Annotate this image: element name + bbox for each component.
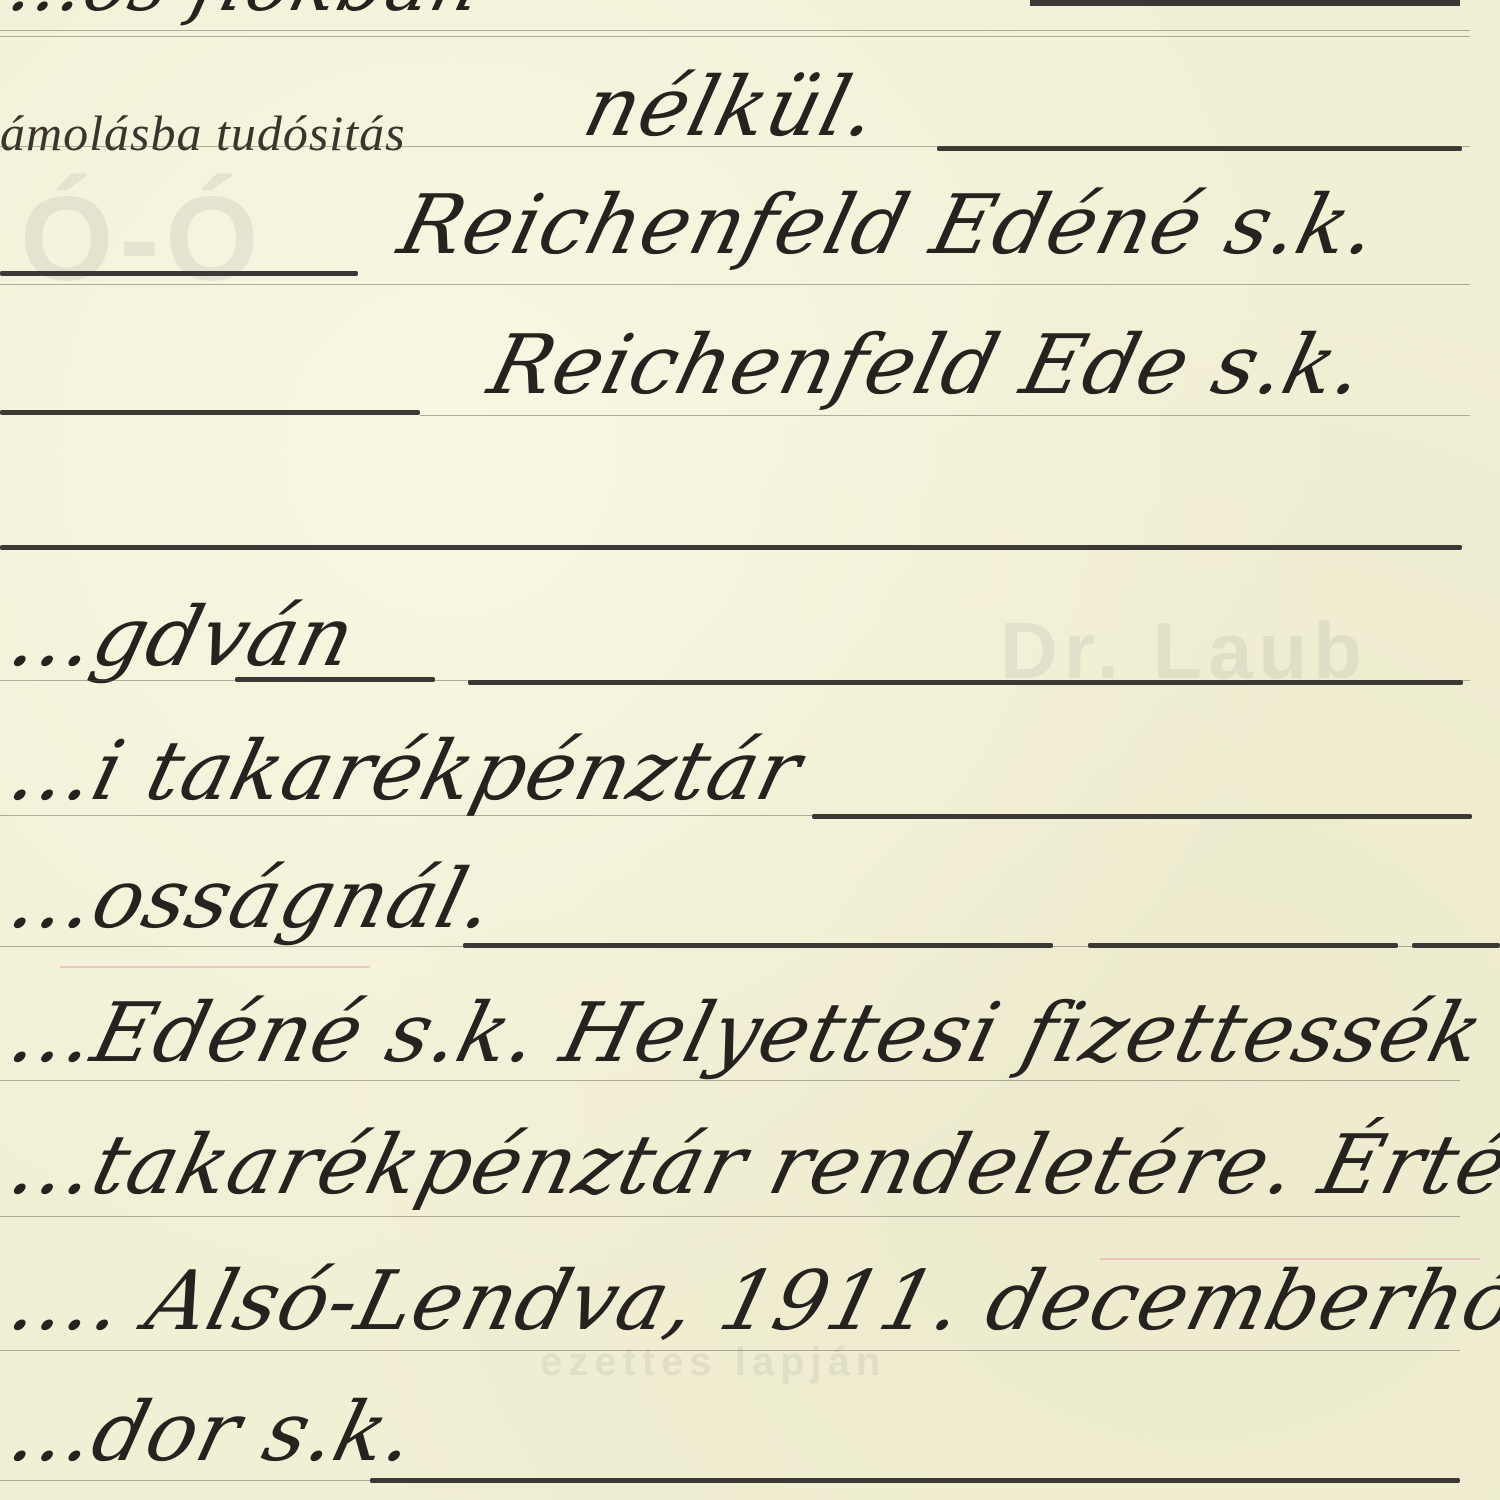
fill-line — [812, 814, 1472, 819]
fill-line — [0, 545, 1462, 550]
ruled-line — [0, 1216, 1460, 1217]
handwritten-line-2: Reichenfeld Edéné s.k. — [390, 178, 1388, 273]
handwritten-line-4: …gdván — [0, 590, 365, 685]
fill-line — [463, 943, 1053, 948]
handwritten-line-9: …. Alsó-Lendva, 1911. decemberhó — [0, 1254, 1500, 1349]
fill-line — [370, 1478, 1460, 1483]
fill-line — [235, 677, 435, 682]
red-guide-line — [60, 966, 370, 968]
handwritten-line-1: nélkül. — [575, 60, 888, 155]
ruled-line — [0, 815, 820, 816]
handwritten-line-0: …os fiókban — [0, 0, 492, 28]
handwritten-line-5: …i takarékpénztár — [0, 724, 811, 819]
handwritten-line-7: …Edéné s.k. Helyettesi fizettessék — [0, 986, 1493, 1081]
ruled-line — [0, 30, 1470, 31]
ghost-stamp: Ó-Ó — [20, 170, 265, 308]
handwritten-line-3: Reichenfeld Ede s.k. — [480, 318, 1375, 413]
ruled-line — [0, 1480, 370, 1481]
handwritten-line-6: …osságnál. — [0, 852, 505, 947]
fill-line — [468, 680, 1463, 685]
fill-line — [1088, 943, 1398, 948]
ruled-line — [0, 1350, 1460, 1351]
ruled-line — [0, 36, 1470, 37]
ruled-line — [420, 415, 1470, 416]
handwritten-line-10: …dor s.k. — [0, 1385, 426, 1480]
fill-line — [0, 410, 420, 415]
ruled-line — [0, 1080, 1460, 1081]
fill-line-top — [1030, 0, 1460, 6]
printed-label-notification: ámolásba tudósitás — [0, 104, 406, 162]
ruled-line — [0, 284, 1470, 285]
ruled-line — [0, 146, 1470, 147]
handwritten-line-8: …takarékpénztár rendeletére. Érté- — [0, 1118, 1500, 1213]
fill-line — [0, 271, 358, 276]
fill-line — [1412, 943, 1500, 948]
scanned-document-page: Ó-Ó Dr. Laub ezettes lapján …os fiókban … — [0, 0, 1500, 1500]
